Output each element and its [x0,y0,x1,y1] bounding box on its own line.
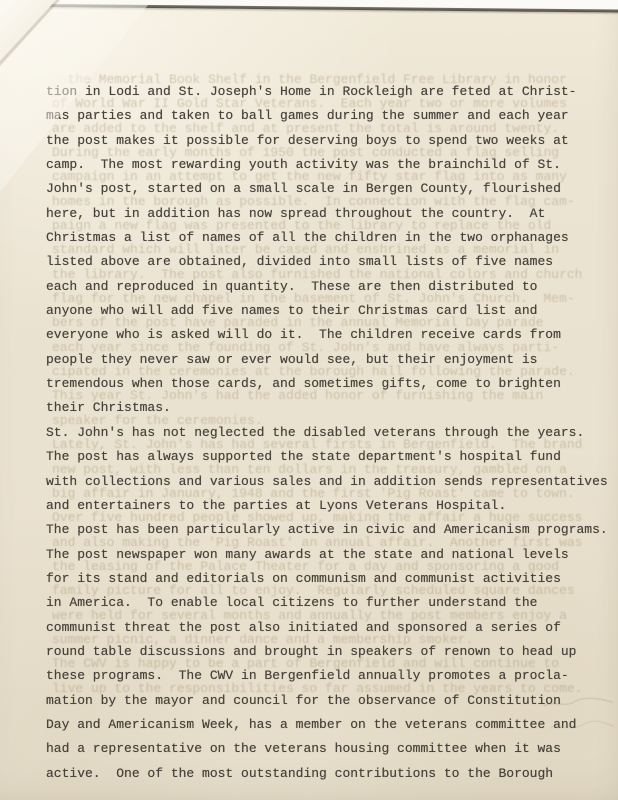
typed-line: The post has been particularly active in… [46,518,612,542]
margin-handwriting-mark [540,692,616,742]
typed-line: here, but in addition has now spread thr… [46,202,612,226]
typed-line: with collections and various sales and i… [46,470,612,494]
typed-line: each and reproduced in quantity. These a… [46,275,612,299]
typed-line: The post newspaper won many awards at th… [46,543,612,567]
typed-line: tremendous when those cards, and sometim… [46,372,612,396]
typed-line: mas parties and taken to ball games duri… [46,104,612,128]
typed-line: mation by the mayor and council for the … [46,689,612,713]
typed-line: tion in Lodi and St. Joseph's Home in Ro… [46,80,612,104]
typed-line: Christmas a list of names of all the chi… [46,226,612,250]
typed-line: John's post, started on a small scale in… [46,177,612,201]
typed-line: people they never saw or ever would see,… [46,348,612,372]
typed-line: their Christmas. [46,396,612,420]
typed-line: Day and Americanism Week, has a member o… [46,713,612,737]
typed-line: for its stand and editorials on communis… [46,567,612,591]
typed-line: round table discussions and brought in s… [46,640,612,664]
typed-line: the post makes it possible for deserving… [46,129,612,153]
typed-line: anyone who will add five names to their … [46,299,612,323]
typed-line: communist threat the post also initiated… [46,616,612,640]
typed-line: camp. The most rewarding youth activity … [46,153,612,177]
typed-line: The post has always supported the state … [46,445,612,469]
typed-line: and entertainers to the parties at Lyons… [46,494,612,518]
typed-line: these programs. The CWV in Bergenfield a… [46,664,612,688]
typed-line: everyone who is asked will do it. The ch… [46,323,612,347]
typed-line: had a representative on the veterans hou… [46,737,612,761]
typed-line: listed above are obtained, divided into … [46,250,612,274]
typed-line: active. One of the most outstanding cont… [46,762,612,786]
scanned-document-page: the Memorial Book Shelf in the Bergenfie… [0,0,618,800]
typed-line: St. John's has not neglected the disable… [46,421,612,445]
typed-text-block: tion in Lodi and St. Joseph's Home in Ro… [46,80,612,786]
typed-line: in America. To enable local citizens to … [46,591,612,615]
